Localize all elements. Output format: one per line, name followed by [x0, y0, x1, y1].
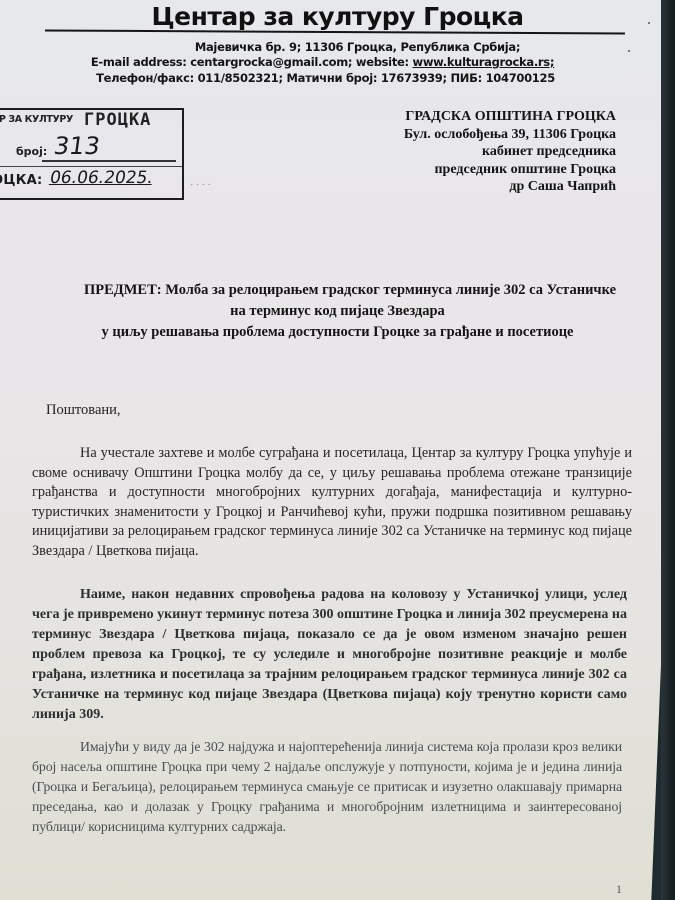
screen-edge — [661, 0, 675, 900]
recipient-block: ГРАДСКА ОПШТИНА ГРОЦКА Бул. ослобођења 3… — [404, 108, 616, 196]
stamp-number-underline — [42, 160, 176, 162]
salutation: Поштовани, — [46, 402, 121, 419]
stamp-number: 313 — [52, 132, 102, 160]
stamp-divider — [0, 166, 182, 167]
letterhead-title: Центар за културу Гроцка — [0, 2, 675, 31]
stamp-number-label: број: — [16, 145, 47, 158]
body-paragraph: Наиме, након недавних спровођења радова … — [32, 585, 627, 725]
recipient-line: председник општине Гроцка — [404, 161, 616, 179]
stamp-date-label: ОЦКА: — [0, 173, 43, 188]
letterhead-email-line: E-mail address: centargrocka@gmail.com; … — [0, 55, 660, 69]
recipient-line: др Саша Чапрић — [404, 178, 616, 196]
subject-block: ПРЕДМЕТ: Молба за релоцирањем градског т… — [0, 280, 675, 343]
document-page: Центар за културу Гроцка Мајевичка бр. 9… — [0, 0, 668, 900]
body-paragraph: На учестале захтеве и молбе суграђана и … — [32, 444, 632, 561]
stamp-org-label: АР ЗА КУЛТУРУ — [0, 114, 73, 125]
recipient-line: кабинет председника — [404, 143, 616, 161]
registry-stamp: АР ЗА КУЛТУРУ ГРОЦКА број: 313 ОЦКА: 06.… — [0, 108, 184, 200]
recipient-line: ГРАДСКА ОПШТИНА ГРОЦКА — [404, 108, 616, 126]
letterhead-address: Мајевичка бр. 9; 11306 Гроцка, Република… — [20, 40, 675, 54]
stamp-smudge: · · · · — [190, 180, 211, 191]
subject-line: ПРЕДМЕТ: Молба за релоцирањем градског т… — [0, 280, 675, 301]
letterhead-website-link[interactable]: www.kulturagrocka.rs; — [413, 55, 555, 69]
page-number: 1 — [616, 882, 622, 897]
dust-speck — [648, 22, 650, 24]
stamp-date: 06.06.2025. — [48, 168, 154, 188]
body-paragraph: Имајући у виду да је 302 најдужа и најоп… — [32, 737, 622, 837]
subject-line: у циљу решавања проблема доступности Гро… — [0, 322, 675, 343]
letterhead-contact: Телефон/факс: 011/8502321; Матични број:… — [0, 71, 663, 85]
recipient-line: Бул. ослобођења 39, 11306 Гроцка — [404, 126, 616, 144]
letterhead-email: E-mail address: centargrocka@gmail.com; … — [91, 55, 413, 69]
dust-speck — [628, 50, 630, 52]
stamp-city: ГРОЦКА — [84, 110, 151, 130]
subject-line: на терминус код пијаце Звездара — [0, 301, 675, 322]
